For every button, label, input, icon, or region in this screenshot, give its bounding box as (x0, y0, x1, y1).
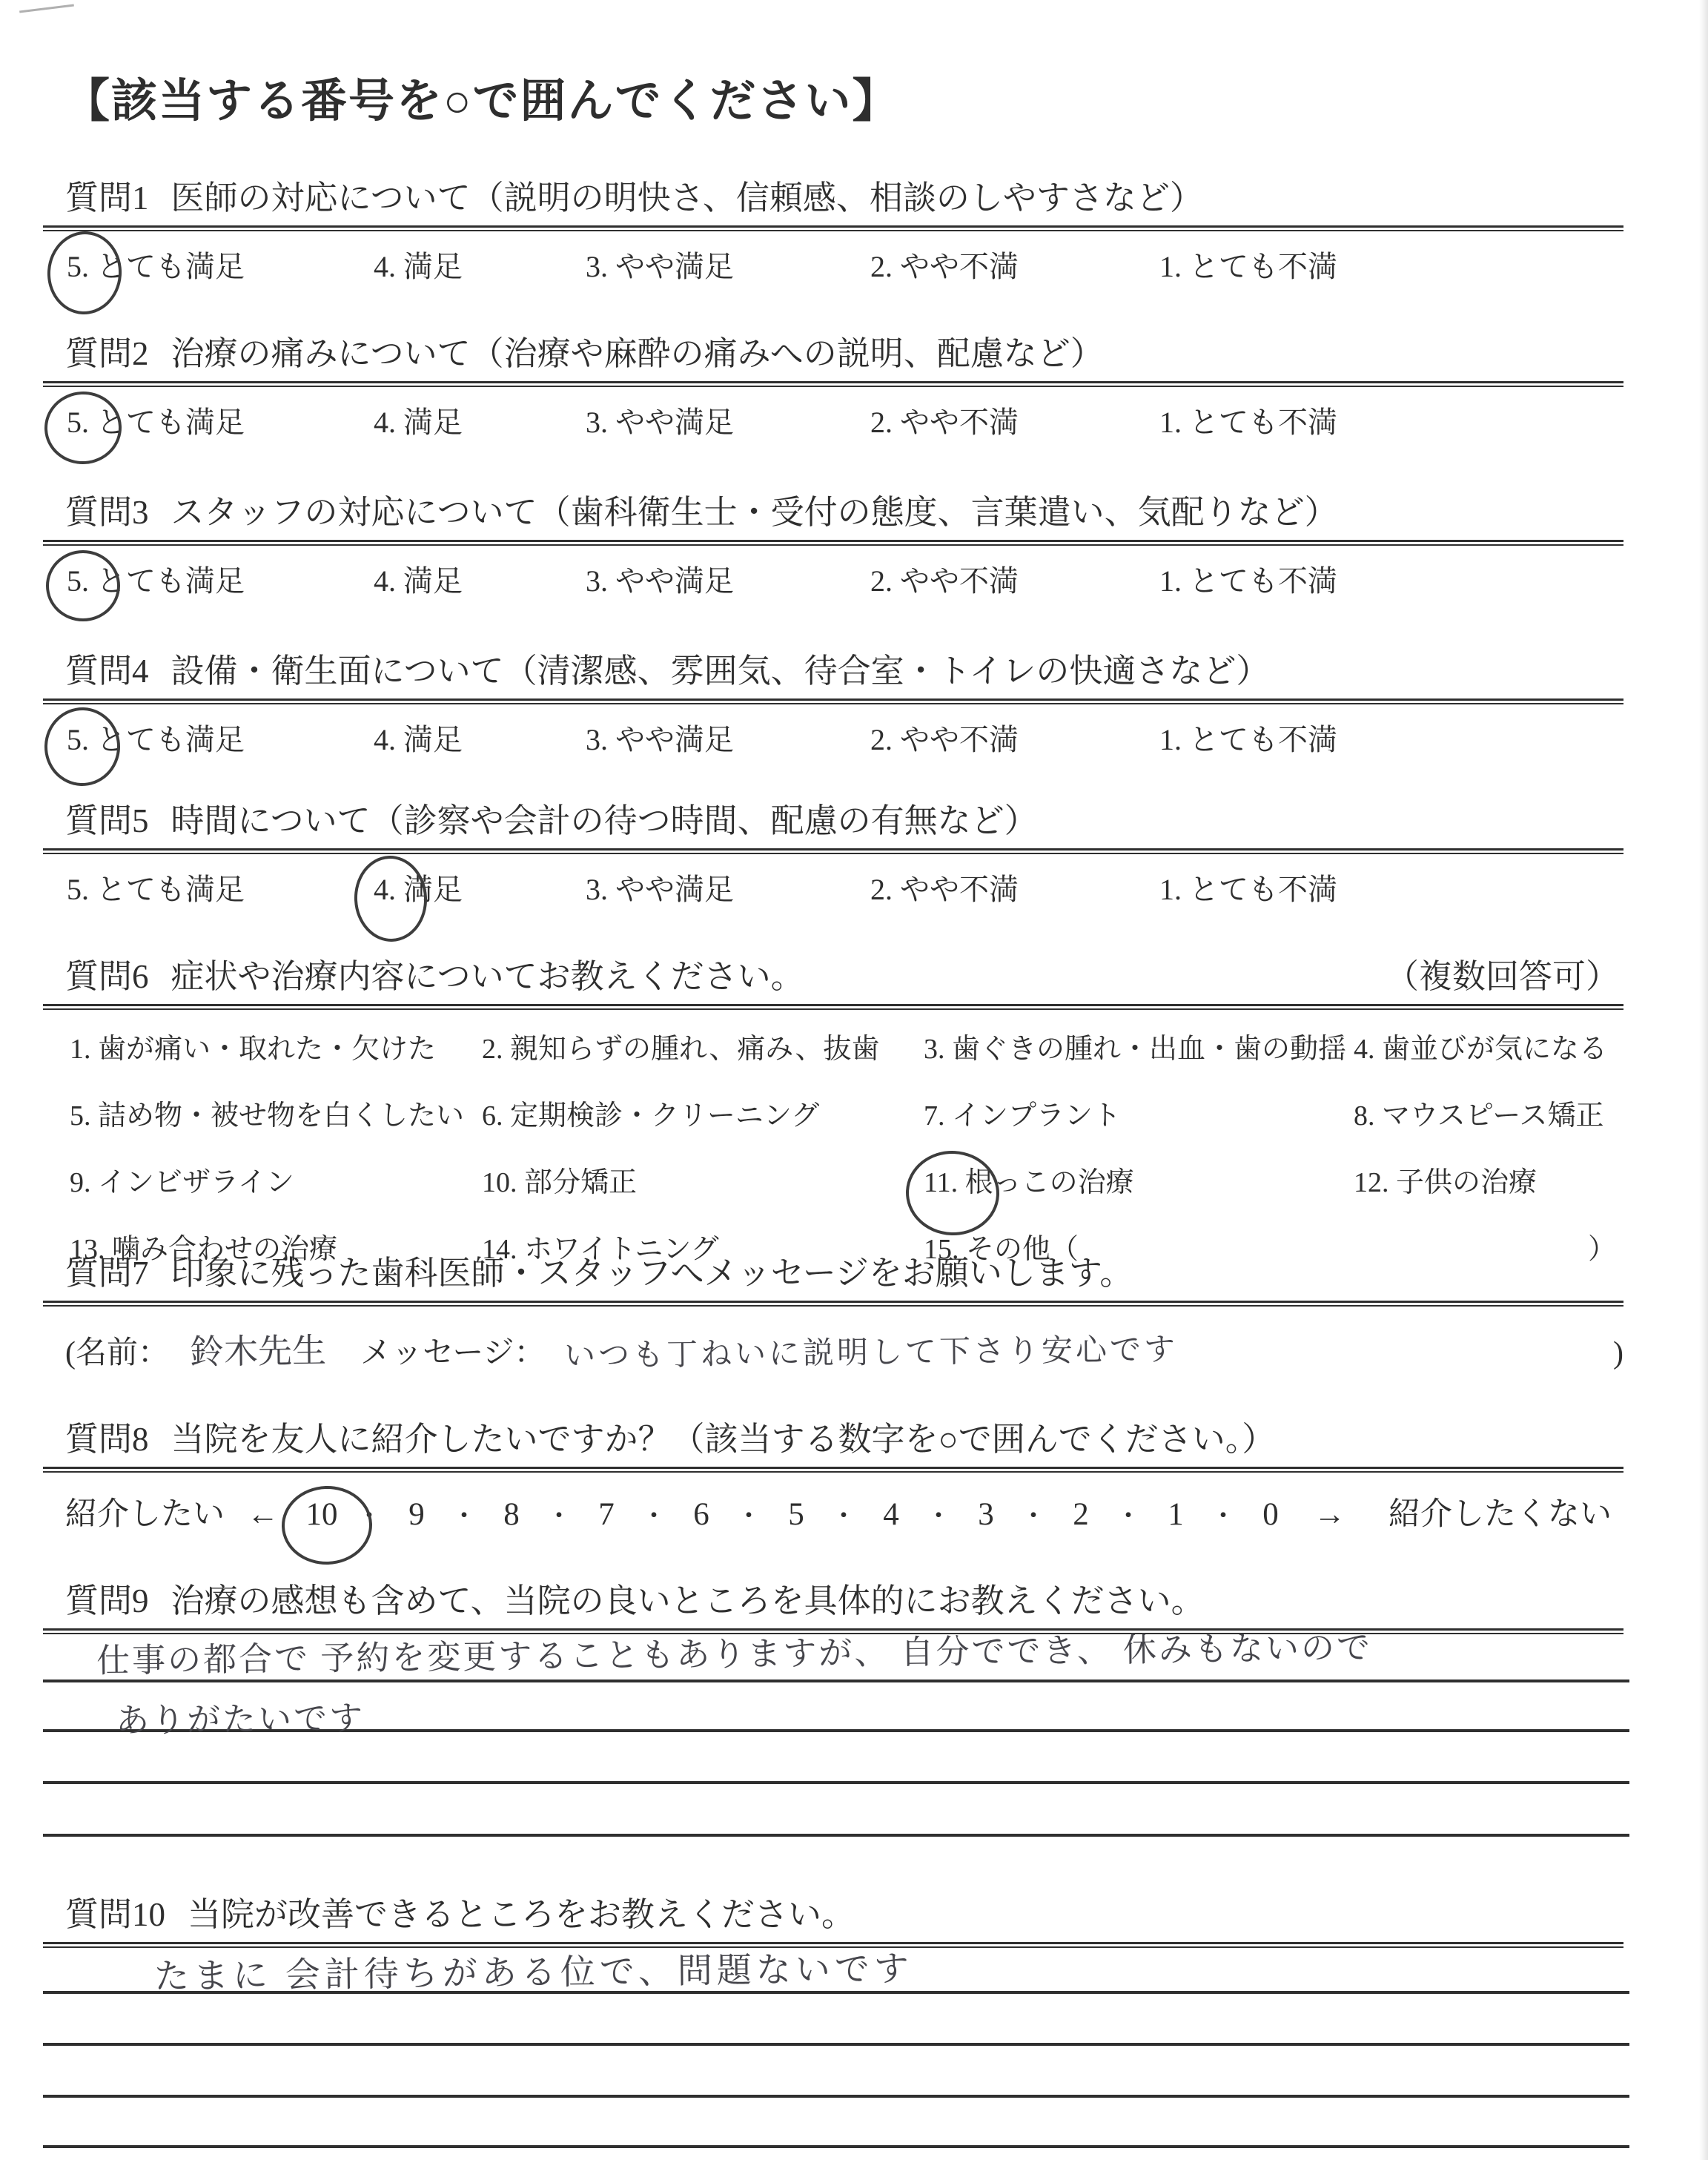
question-10-section: 質問10当院が改善できるところをお教えください。 たまに 会計待ちがある位で、問… (43, 1893, 1623, 2160)
question-8-section: 質問8当院を友人に紹介したいですか？（該当する数字を○で囲んでください。） 紹介… (43, 1418, 1623, 1534)
question-4-options: 5. とても満足 4. 満足 3. やや満足 2. やや不満 1. とても不満 (43, 721, 1623, 759)
section-divider (43, 698, 1623, 704)
q1-option-2: 2. やや不満 (870, 248, 1159, 286)
q1-option-4: 4. 満足 (374, 248, 586, 286)
q8-number-10: 10 (301, 1496, 342, 1533)
q8-dot: ・ (1007, 1495, 1060, 1533)
q7-name-label: (名前： (65, 1328, 169, 1373)
q8-number-2: 2 (1060, 1496, 1102, 1533)
q6-option-4: 4. 歯並びが気になる (1354, 1031, 1623, 1068)
q6-option-3: 3. 歯ぐきの腫れ・出血・歯の動揺 (924, 1031, 1354, 1068)
question-9-title: 質問9治療の感想も含めて、当院の良いところを具体的にお教えください。 (43, 1579, 1623, 1622)
q2-option-2: 2. やや不満 (870, 403, 1159, 442)
q5-option-2: 2. やや不満 (870, 871, 1159, 909)
question-9-number: 質問9 (65, 1582, 149, 1619)
q8-number-1: 1 (1155, 1496, 1196, 1533)
question-8-title: 質問8当院を友人に紹介したいですか？（該当する数字を○で囲んでください。） (43, 1418, 1623, 1461)
question-9-section: 質問9治療の感想も含めて、当院の良いところを具体的にお教えください。 仕事の都合… (43, 1579, 1623, 1891)
question-1-section: 質問1医師の対応について（説明の明快さ、信頼感、相談のしやすさなど） 5. とて… (43, 176, 1623, 286)
q8-number-9: 9 (396, 1496, 437, 1533)
scan-stray-mark (19, 4, 74, 13)
q4-option-4: 4. 満足 (374, 721, 586, 759)
q6-option-6: 6. 定期検診・クリーニング (482, 1097, 924, 1135)
question-7-topic: 印象に残った歯科医師・スタッフへメッセージをお願いします。 (171, 1255, 1133, 1292)
q2-option-3: 3. やや満足 (586, 403, 870, 442)
q6-option-2: 2. 親知らずの腫れ、痛み、抜歯 (482, 1031, 924, 1068)
q8-number-5: 5 (775, 1496, 817, 1533)
q6-option-1: 1. 歯が痛い・取れた・欠けた (70, 1031, 482, 1068)
question-8-number: 質問8 (65, 1421, 149, 1458)
q3-option-4: 4. 満足 (374, 562, 586, 601)
q3-option-5: 5. とても満足 (67, 562, 374, 601)
question-10-number: 質問10 (65, 1896, 165, 1933)
q8-dot: ・ (532, 1495, 586, 1533)
question-3-options: 5. とても満足 4. 満足 3. やや満足 2. やや不満 1. とても不満 (43, 562, 1623, 601)
q2-option-1: 1. とても不満 (1159, 403, 1337, 442)
question-1-options: 5. とても満足 4. 満足 3. やや満足 2. やや不満 1. とても不満 (43, 248, 1623, 286)
q8-dot: ・ (817, 1495, 870, 1533)
answer-line (43, 1834, 1629, 1837)
question-2-topic: 治療の痛みについて（治療や麻酔の痛みへの説明、配慮など） (171, 335, 1104, 372)
q6-option-9: 9. インビザライン (70, 1164, 482, 1201)
question-3-title: 質問3スタッフの対応について（歯科衛生士・受付の態度、言葉遣い、気配りなど） (43, 491, 1623, 534)
q8-dot: ・ (1196, 1495, 1250, 1533)
section-divider (43, 848, 1623, 854)
section-divider (43, 225, 1623, 231)
question-7-number: 質問7 (65, 1255, 149, 1292)
q8-left-arrow: ← (247, 1496, 279, 1533)
q8-right-label: 紹介したくない (1388, 1489, 1612, 1534)
q4-option-1: 1. とても不満 (1159, 721, 1337, 759)
q7-close-paren: ) (1613, 1335, 1623, 1371)
q8-dot: ・ (1102, 1495, 1155, 1533)
question-6-note: （複数回答可） (1386, 955, 1619, 998)
section-divider (43, 1467, 1623, 1473)
q8-number-7: 7 (586, 1496, 627, 1533)
question-7-title: 質問7印象に残った歯科医師・スタッフへメッセージをお願いします。 (43, 1252, 1623, 1295)
q3-option-3: 3. やや満足 (586, 562, 870, 601)
answer-line (43, 1680, 1629, 1682)
q8-number-0: 0 (1250, 1496, 1291, 1533)
scan-edge-shadow (1699, 0, 1708, 2160)
q5-option-3: 3. やや満足 (586, 871, 870, 909)
question-2-options: 5. とても満足 4. 満足 3. やや満足 2. やや不満 1. とても不満 (43, 403, 1623, 442)
q4-option-3: 3. やや満足 (586, 721, 870, 759)
q3-option-1: 1. とても不満 (1159, 562, 1337, 601)
q4-option-5: 5. とても満足 (67, 721, 374, 759)
question-8-scale-row: 紹介したい ← 10 ・ 9 ・ 8 ・ 7 ・ 6 ・ 5 ・ 4 ・ 3 ・… (43, 1489, 1623, 1534)
question-1-number: 質問1 (65, 179, 149, 217)
q6-option-10: 10. 部分矯正 (482, 1164, 924, 1201)
q2-option-4: 4. 満足 (374, 403, 586, 442)
question-9-topic: 治療の感想も含めて、当院の良いところを具体的にお教えください。 (171, 1582, 1205, 1619)
q1-option-1: 1. とても不満 (1159, 248, 1337, 286)
question-7-section: 質問7印象に残った歯科医師・スタッフへメッセージをお願いします。 (名前： 鈴木… (43, 1252, 1623, 1373)
question-6-title: 質問6症状や治療内容についてお教えください。 （複数回答可） (43, 955, 1623, 998)
q4-option-2: 2. やや不満 (870, 721, 1159, 759)
q7-message-label: メッセージ： (360, 1328, 545, 1373)
question-8-topic: 当院を友人に紹介したいですか？（該当する数字を○で囲んでください。） (171, 1421, 1276, 1458)
q7-name-handwritten: 鈴木先生 (190, 1324, 327, 1374)
q1-option-5: 5. とても満足 (67, 248, 374, 286)
q6-option-7: 7. インプラント (924, 1097, 1354, 1135)
answer-line (43, 2043, 1629, 2046)
section-divider (43, 1004, 1623, 1010)
q5-option-4: 4. 満足 (374, 871, 586, 909)
question-3-number: 質問3 (65, 494, 149, 531)
q1-option-3: 3. やや満足 (586, 248, 870, 286)
question-6-options: 1. 歯が痛い・取れた・欠けた 2. 親知らずの腫れ、痛み、抜歯 3. 歯ぐきの… (43, 1031, 1623, 1268)
page-title: 【該当する番号を○で囲んでください】 (64, 64, 899, 130)
q8-number-6: 6 (681, 1496, 722, 1533)
question-2-section: 質問2治療の痛みについて（治療や麻酔の痛みへの説明、配慮など） 5. とても満足… (43, 332, 1623, 442)
question-7-answer-row: (名前： 鈴木先生 メッセージ： いつも丁ねいに説明して下さり安心です ) (43, 1324, 1623, 1373)
question-1-topic: 医師の対応について（説明の明快さ、信頼感、相談のしやすさなど） (171, 179, 1203, 217)
q8-number-8: 8 (491, 1496, 532, 1533)
q7-message-handwritten: いつも丁ねいに説明して下さり安心です (564, 1325, 1179, 1376)
answer-line (43, 2095, 1629, 2098)
q6-option-11: 11. 根っこの治療 (924, 1164, 1354, 1201)
answer-line (43, 1781, 1629, 1784)
question-4-title: 質問4設備・衛生面について（清潔感、雰囲気、待合室・トイレの快適さなど） (43, 650, 1623, 693)
question-6-number: 質問6 (65, 958, 149, 995)
question-2-title: 質問2治療の痛みについて（治療や麻酔の痛みへの説明、配慮など） (43, 332, 1623, 375)
answer-line (43, 2145, 1629, 2148)
survey-page: 【該当する番号を○で囲んでください】 質問1医師の対応について（説明の明快さ、信… (0, 0, 1708, 2160)
question-4-section: 質問4設備・衛生面について（清潔感、雰囲気、待合室・トイレの快適さなど） 5. … (43, 650, 1623, 759)
question-10-topic: 当院が改善できるところをお教えください。 (188, 1896, 855, 1933)
question-5-number: 質問5 (65, 802, 149, 839)
q5-option-5: 5. とても満足 (67, 871, 374, 909)
question-10-title: 質問10当院が改善できるところをお教えください。 (43, 1893, 1623, 1936)
q2-option-5: 5. とても満足 (67, 403, 374, 442)
question-6-topic: 症状や治療内容についてお教えください。 (171, 958, 804, 995)
q8-number-3: 3 (965, 1496, 1007, 1533)
section-divider (43, 540, 1623, 546)
question-4-topic: 設備・衛生面について（清潔感、雰囲気、待合室・トイレの快適さなど） (171, 653, 1270, 690)
q6-option-8: 8. マウスピース矯正 (1354, 1097, 1623, 1135)
q8-dot: ・ (437, 1495, 491, 1533)
q8-dot: ・ (912, 1495, 965, 1533)
question-5-topic: 時間について（診察や会計の待つ時間、配慮の有無など） (171, 802, 1038, 839)
question-3-section: 質問3スタッフの対応について（歯科衛生士・受付の態度、言葉遣い、気配りなど） 5… (43, 491, 1623, 601)
q8-right-arrow: → (1314, 1496, 1345, 1533)
question-5-options: 5. とても満足 4. 満足 3. やや満足 2. やや不満 1. とても不満 (43, 871, 1623, 909)
q3-option-2: 2. やや不満 (870, 562, 1159, 601)
section-divider (43, 381, 1623, 387)
q8-dot: ・ (722, 1495, 775, 1533)
question-5-title: 質問5時間について（診察や会計の待つ時間、配慮の有無など） (43, 799, 1623, 842)
q9-answer-handwritten-line2: ありがたいです (116, 1691, 365, 1742)
question-1-title: 質問1医師の対応について（説明の明快さ、信頼感、相談のしやすさなど） (43, 176, 1623, 219)
q8-dot: ・ (627, 1495, 681, 1533)
q10-answer-handwritten: たまに 会計待ちがある位で、問題ないです (154, 1941, 913, 1999)
q8-number-4: 4 (870, 1496, 912, 1533)
q8-left-label: 紹介したい (65, 1489, 225, 1534)
question-4-number: 質問4 (65, 653, 149, 690)
question-6-section: 質問6症状や治療内容についてお教えください。 （複数回答可） 1. 歯が痛い・取… (43, 955, 1623, 1268)
q6-option-12: 12. 子供の治療 (1354, 1164, 1623, 1201)
question-3-topic: スタッフの対応について（歯科衛生士・受付の態度、言葉遣い、気配りなど） (171, 494, 1338, 531)
q8-dot: ・ (342, 1495, 396, 1533)
q6-option-5: 5. 詰め物・被せ物を白くしたい (70, 1097, 482, 1135)
q5-option-1: 1. とても不満 (1159, 871, 1337, 909)
section-divider (43, 1301, 1623, 1307)
question-2-number: 質問2 (65, 335, 149, 372)
question-5-section: 質問5時間について（診察や会計の待つ時間、配慮の有無など） 5. とても満足 4… (43, 799, 1623, 909)
